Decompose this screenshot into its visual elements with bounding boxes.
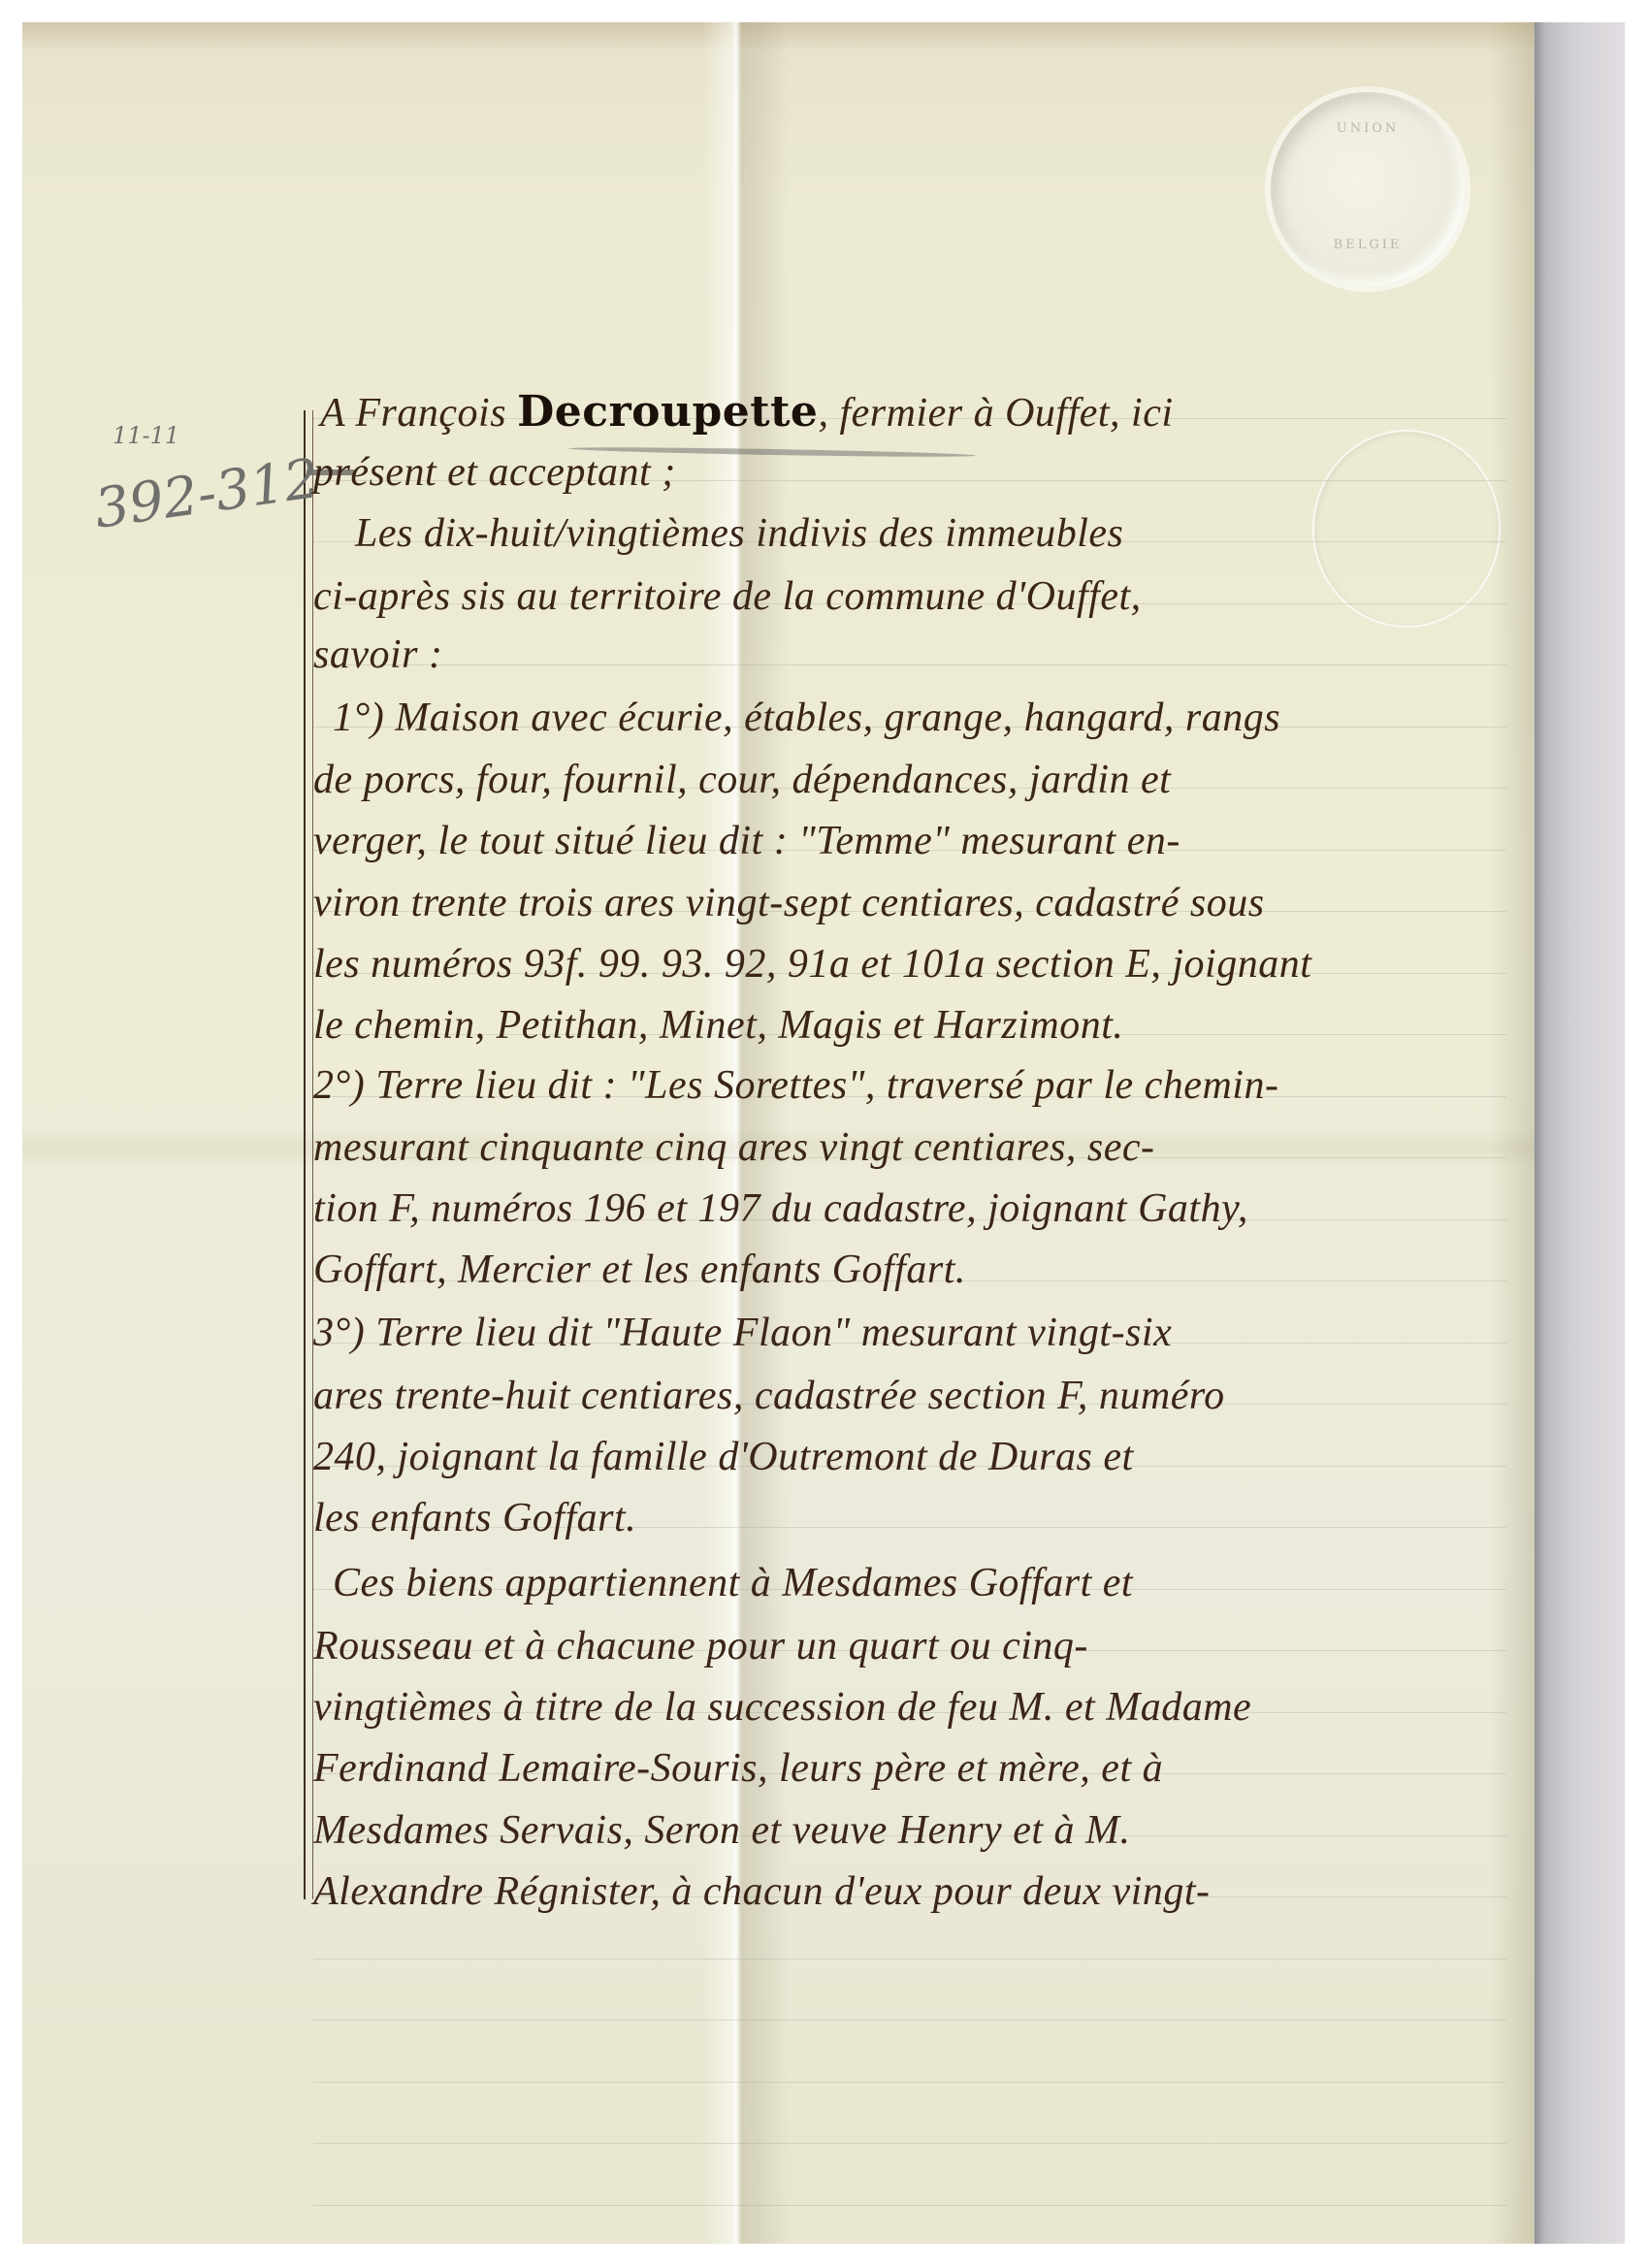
text-line-22: vingtièmes à titre de la succession de f… [313,1684,1251,1731]
document-page: UNION BELGIE 11-11 392-312 A François De… [22,22,1535,2244]
text-line-11: le chemin, Petithan, Minet, Magis et Har… [313,1002,1123,1049]
text-fragment: , fermier à Ouffet, ici [818,391,1173,436]
text-line-25: Alexandre Régnister, à chacun d'eux pour… [313,1868,1211,1915]
text-line-15: Goffart, Mercier et les enfants Goffart. [313,1247,966,1293]
text-line-10: les numéros 93f. 99. 93. 92, 91a et 101a… [313,941,1311,988]
text-line-23: Ferdinand Lemaire-Souris, leurs père et … [313,1745,1163,1792]
text-line-7: de porcs, four, fournil, cour, dépendanc… [313,757,1171,803]
text-line-19: les enfants Goffart. [313,1495,636,1541]
person-name: Decroupette [517,387,818,437]
scanner-background-strip [1535,22,1625,2244]
text-line-3: Les dix-huit/vingtièmes indivis des imme… [355,510,1123,557]
text-line-5: savoir : [313,632,443,678]
text-line-17: ares trente-huit centiares, cadastrée se… [313,1373,1225,1419]
text-line-4: ci-après sis au territoire de la commune… [313,573,1142,620]
text-line-8: verger, le tout situé lieu dit : "Temme"… [313,818,1180,864]
text-line-14: tion F, numéros 196 et 197 du cadastre, … [313,1185,1248,1232]
text-line-16: 3°) Terre lieu dit "Haute Flaon" mesuran… [313,1310,1172,1356]
text-line-1: A François Decroupette, fermier à Ouffet… [320,387,1174,437]
text-fragment: A François [320,391,517,436]
text-line-9: viron trente trois ares vingt-sept centi… [313,880,1265,926]
text-line-12: 2°) Terre lieu dit : "Les Sorettes", tra… [313,1062,1278,1109]
handwritten-text: A François Decroupette, fermier à Ouffet… [22,22,1535,2244]
text-line-2: présent et acceptant ; [313,449,676,496]
text-line-21: Rousseau et à chacune pour un quart ou c… [313,1623,1088,1669]
text-line-20: Ces biens appartiennent à Mesdames Goffa… [333,1560,1133,1606]
text-line-6: 1°) Maison avec écurie, étables, grange,… [333,695,1280,741]
text-line-24: Mesdames Servais, Seron et veuve Henry e… [313,1807,1131,1854]
text-line-18: 240, joignant la famille d'Outremont de … [313,1434,1134,1480]
text-line-13: mesurant cinquante cinq ares vingt centi… [313,1124,1155,1171]
